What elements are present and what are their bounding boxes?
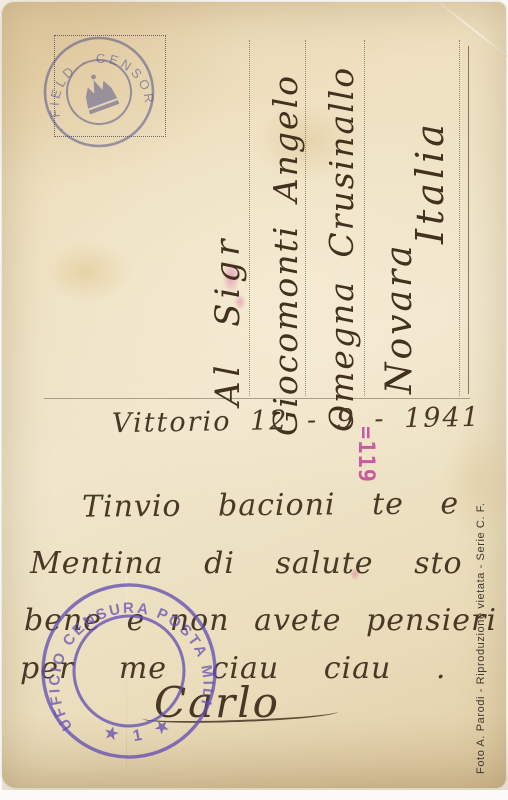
address-line-town: Omegna Crusinallo bbox=[322, 66, 361, 432]
censor-arc-text: UFFICIO CENSURA POSTA MILITARE bbox=[19, 561, 222, 740]
postcard-back: · FIELD · CENSOR · Al Sigr Giocomonti An… bbox=[2, 2, 506, 788]
address-ruling-line bbox=[364, 40, 365, 396]
address-ruling-line bbox=[459, 40, 460, 396]
stain-left-middle bbox=[42, 242, 132, 302]
address-ruling-line bbox=[249, 40, 250, 396]
address-ruling-line bbox=[305, 40, 306, 396]
date-line: Vittorio 12 - 9 - 1941 bbox=[112, 402, 481, 439]
address-line-province: Novara bbox=[379, 242, 420, 394]
address-line-country: Italia bbox=[408, 120, 452, 244]
divider-line bbox=[44, 398, 470, 399]
address-line-recipient-name: Giocomonti Angelo bbox=[266, 74, 305, 436]
publisher-caption: Foto A. Parodi - Riproduzione vietata - … bbox=[475, 503, 487, 775]
censor-arc-text: · FIELD · CENSOR · bbox=[21, 14, 160, 140]
military-post-censor-stamp: UFFICIO CENSURA POSTA MILITARE ★ 1 ★ bbox=[19, 561, 239, 781]
message-line: Tinvio bacioni te e bbox=[82, 486, 459, 524]
address-margin-line bbox=[468, 46, 469, 394]
crease-top-right bbox=[431, 0, 508, 71]
crown-icon bbox=[78, 70, 120, 115]
censor-number-text: ★ 1 ★ bbox=[100, 712, 180, 750]
address-line-recipient-title: Al Sigr bbox=[208, 235, 248, 406]
censor-number-stamp: =119 bbox=[353, 426, 378, 483]
message-line: Mentina di salute sto bbox=[30, 546, 463, 581]
field-censor-stamp: · FIELD · CENSOR · bbox=[21, 14, 178, 171]
